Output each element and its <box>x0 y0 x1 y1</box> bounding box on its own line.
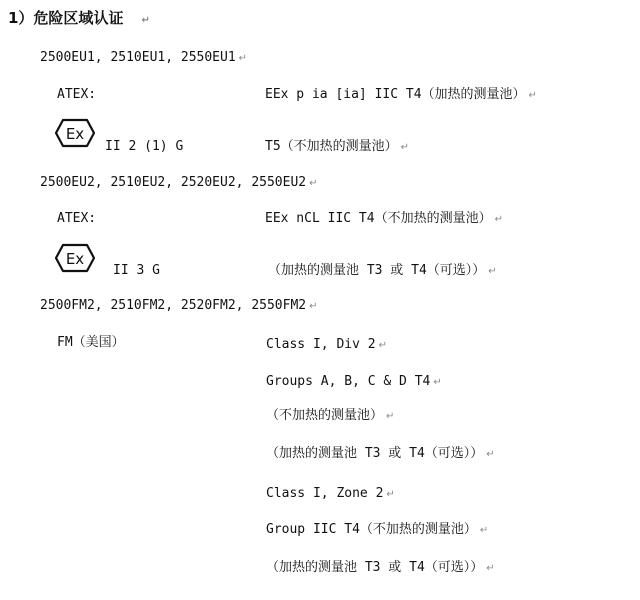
paragraph-mark: ↵ <box>495 214 503 225</box>
paragraph-mark: ↵ <box>386 489 394 500</box>
model-list-eu1: 2500EU1, 2510EU1, 2550EU1↵ <box>40 50 247 67</box>
heading-text: 1）危险区域认证 <box>8 9 123 27</box>
ex-hexagon-icon: Ex <box>55 118 95 148</box>
fm-value-line: Groups A, B, C & D T4↵ <box>266 374 442 391</box>
value-text: Class I, Zone 2 <box>266 486 383 501</box>
value-text: Groups A, B, C & D T4 <box>266 374 430 389</box>
models-text: 2500EU2, 2510EU2, 2520EU2, 2550EU2 <box>40 175 306 190</box>
atex-value: EEx p ia [ia] IIC T4（加热的测量池）↵ <box>265 87 537 104</box>
equipment-group-label: II 3 G <box>113 263 160 279</box>
atex-label: ATEX: <box>57 87 96 103</box>
paragraph-mark: ↵ <box>309 178 317 189</box>
value-text: （加热的测量池 T3 或 T4（可选）） <box>266 446 483 461</box>
fm-value-line: Group IIC T4（不加热的测量池）↵ <box>266 522 488 539</box>
paragraph-mark: ↵ <box>486 449 494 460</box>
paragraph-mark: ↵ <box>488 266 496 277</box>
paragraph-mark: ↵ <box>239 53 247 64</box>
fm-value-line: （加热的测量池 T3 或 T4（可选））↵ <box>266 446 495 463</box>
paragraph-mark: ↵ <box>480 525 488 536</box>
value-text: （加热的测量池 T3 或 T4（可选）） <box>266 560 483 575</box>
atex-label: ATEX: <box>57 211 96 227</box>
model-list-eu2: 2500EU2, 2510EU2, 2520EU2, 2550EU2↵ <box>40 175 318 192</box>
ex-hexagon-icon: Ex <box>55 243 95 273</box>
value-text: （不加热的测量池） <box>266 408 383 423</box>
paragraph-mark: ↵ <box>433 377 441 388</box>
value-text: EEx p ia [ia] IIC T4（加热的测量池） <box>265 87 526 102</box>
fm-value-line: Class I, Zone 2↵ <box>266 486 395 503</box>
model-list-fm2: 2500FM2, 2510FM2, 2520FM2, 2550FM2↵ <box>40 298 318 315</box>
value-text: Group IIC T4（不加热的测量池） <box>266 522 477 537</box>
paragraph-mark: ↵ <box>379 340 387 351</box>
paragraph-mark: ↵ <box>386 411 394 422</box>
equipment-group-label: II 2 (1) G <box>105 139 183 155</box>
svg-text:Ex: Ex <box>66 250 84 268</box>
models-text: 2500FM2, 2510FM2, 2520FM2, 2550FM2 <box>40 298 306 313</box>
fm-label: FM（美国） <box>57 335 125 351</box>
fm-value-line: （不加热的测量池）↵ <box>266 408 394 425</box>
paragraph-mark: ↵ <box>486 563 494 574</box>
atex-value: EEx nCL IIC T4（不加热的测量池）↵ <box>265 211 503 228</box>
paragraph-mark: ↵ <box>401 142 409 153</box>
value-text: （加热的测量池 T3 或 T4（可选）） <box>268 263 485 278</box>
models-text: 2500EU1, 2510EU1, 2550EU1 <box>40 50 236 65</box>
fm-value-line: Class I, Div 2↵ <box>266 337 387 354</box>
paragraph-mark: ↵ <box>309 301 317 312</box>
value-text: T5（不加热的测量池） <box>265 139 398 154</box>
section-heading: 1）危险区域认证↵ <box>8 10 150 29</box>
temp-class-value: （加热的测量池 T3 或 T4（可选））↵ <box>268 263 497 280</box>
value-text: Class I, Div 2 <box>266 337 376 352</box>
svg-text:Ex: Ex <box>66 125 84 143</box>
paragraph-mark: ↵ <box>141 15 149 26</box>
value-text: EEx nCL IIC T4（不加热的测量池） <box>265 211 492 226</box>
paragraph-mark: ↵ <box>529 90 537 101</box>
temp-class-value: T5（不加热的测量池）↵ <box>265 139 409 156</box>
fm-value-line: （加热的测量池 T3 或 T4（可选））↵ <box>266 560 495 577</box>
